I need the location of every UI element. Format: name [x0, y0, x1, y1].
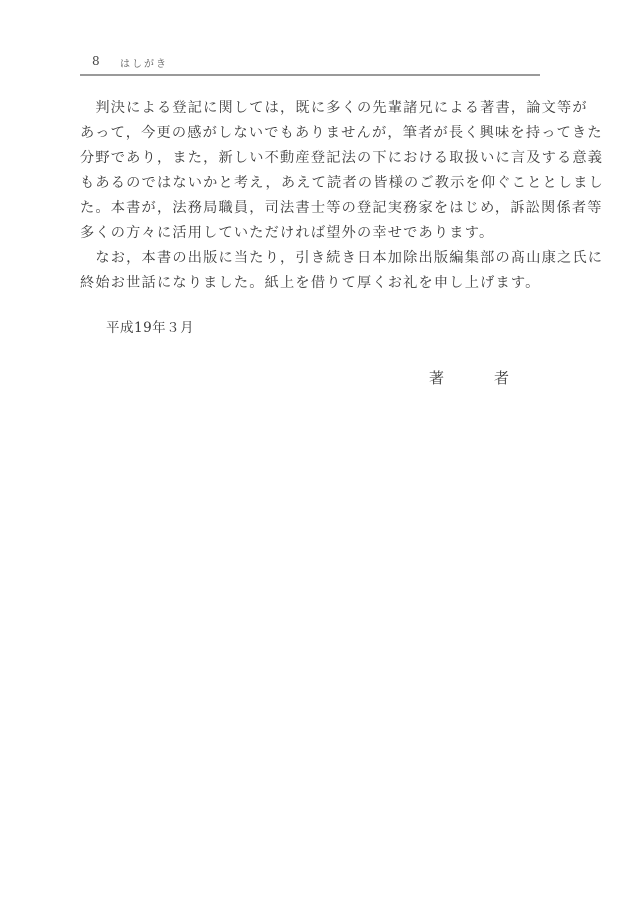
author-char: 著	[429, 367, 444, 388]
paragraph-line: 判決による登記に関しては，既に多くの先輩諸兄による著書，論文等が	[80, 96, 550, 121]
paragraph-line: 終始お世話になりました。紙上を借りて厚くお礼を申し上げます。	[80, 271, 550, 296]
author-signature: 著 者	[429, 367, 509, 388]
paragraph-line: 分野であり，また，新しい不動産登記法の下における取扱いに言及する意義	[80, 146, 550, 171]
author-char: 者	[494, 367, 509, 388]
paragraph-line: もあるのではないかと考え，あえて読者の皆様のご教示を仰ぐこととしまし	[80, 171, 550, 196]
preface-date: 平成19年３月	[106, 316, 194, 336]
running-title: はしがき	[120, 55, 168, 70]
page-header: 8 はしがき	[80, 52, 540, 76]
header-divider	[80, 74, 540, 76]
paragraph-line: た。本書が，法務局職員，司法書士等の登記実務家をはじめ，訴訟関係者等	[80, 196, 550, 221]
preface-body: 判決による登記に関しては，既に多くの先輩諸兄による著書，論文等が あって，今更の…	[80, 96, 550, 296]
paragraph-line: 多くの方々に活用していただければ望外の幸せであります。	[80, 221, 550, 246]
paragraph-line: あって，今更の感がしないでもありませんが，筆者が長く興味を持ってきた	[80, 121, 550, 146]
page-number: 8	[92, 54, 100, 68]
paragraph-line: なお，本書の出版に当たり，引き続き日本加除出版編集部の髙山康之氏に	[80, 246, 550, 271]
